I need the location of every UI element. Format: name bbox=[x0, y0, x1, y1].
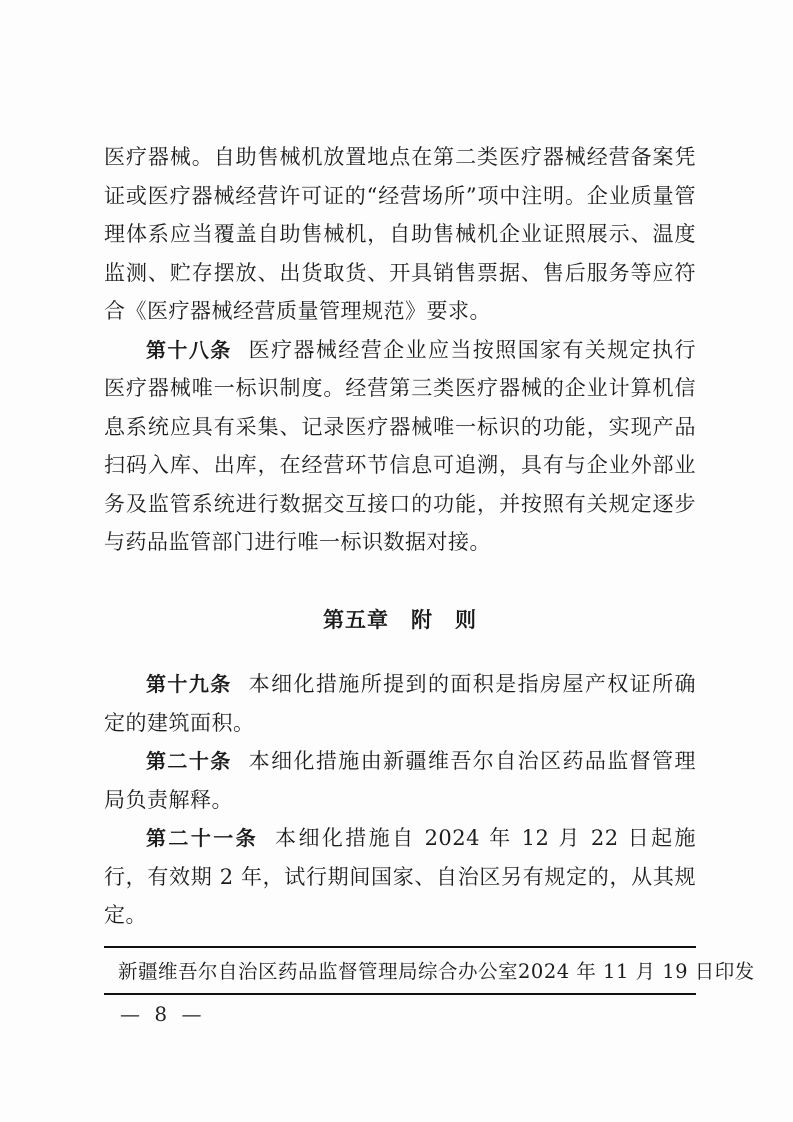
article-19-number: 第十九条 bbox=[146, 672, 232, 696]
colophon-footer: 新疆维吾尔自治区药品监督管理局综合办公室 2024 年 11 月 19 日印发 bbox=[104, 946, 696, 995]
page-number: — 8 — bbox=[120, 1002, 205, 1026]
article-21: 第二十一条本细化措施自 2024 年 12 月 22 日起施行，有效期 2 年，… bbox=[104, 819, 696, 935]
intro-paragraph: 医疗器械。自助售械机放置地点在第二类医疗器械经营备案凭证或医疗器械经营许可证的“… bbox=[104, 138, 696, 331]
article-18-text: 医疗器械经营企业应当按照国家有关规定执行医疗器械唯一标识制度。经营第三类医疗器械… bbox=[104, 338, 696, 555]
article-21-number: 第二十一条 bbox=[146, 826, 258, 850]
footer-print-date: 2024 年 11 月 19 日印发 bbox=[518, 956, 755, 984]
article-18-number: 第十八条 bbox=[146, 338, 232, 362]
chapter-heading: 第五章 附 则 bbox=[104, 601, 696, 640]
article-20: 第二十条本细化措施由新疆维吾尔自治区药品监督管理局负责解释。 bbox=[104, 742, 696, 819]
document-page: 医疗器械。自助售械机放置地点在第二类医疗器械经营备案凭证或医疗器械经营许可证的“… bbox=[0, 0, 793, 1122]
document-body: 医疗器械。自助售械机放置地点在第二类医疗器械经营备案凭证或医疗器械经营许可证的“… bbox=[104, 138, 696, 935]
article-20-number: 第二十条 bbox=[146, 749, 232, 773]
article-19: 第十九条本细化措施所提到的面积是指房屋产权证所确定的建筑面积。 bbox=[104, 665, 696, 742]
footer-issuer: 新疆维吾尔自治区药品监督管理局综合办公室 bbox=[118, 956, 518, 984]
article-18: 第十八条医疗器械经营企业应当按照国家有关规定执行医疗器械唯一标识制度。经营第三类… bbox=[104, 331, 696, 562]
